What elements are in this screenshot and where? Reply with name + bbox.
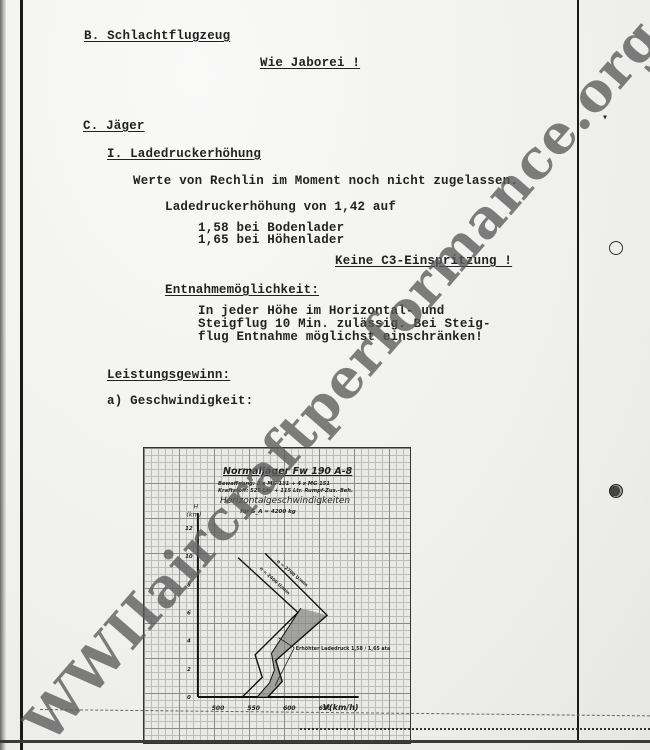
section-c-heading: C. Jäger [83, 120, 145, 133]
item-1-line-4: 1,65 bei Höhenlader [198, 234, 344, 247]
section-b-note: Wie Jaborei ! [260, 57, 360, 70]
bottom-edge-rule [0, 740, 650, 743]
punch-hole-icon [609, 484, 623, 498]
item-1-line-2: Ladedruckerhöhung von 1,42 auf [165, 201, 396, 214]
entnahme-heading: Entnahmemöglichkeit: [165, 284, 319, 297]
punch-hole-icon [609, 241, 623, 255]
scan-artifact [300, 728, 650, 730]
scan-edge [0, 0, 6, 750]
item-1-heading: I. Ladedruckerhöhung [107, 148, 261, 161]
left-margin-rule [20, 0, 23, 750]
speed-subheading: a) Geschwindigkeit: [107, 395, 253, 408]
item-1-line-1: Werte von Rechlin im Moment noch nicht z… [133, 175, 518, 188]
leistung-heading: Leistungsgewinn: [107, 369, 230, 382]
section-b-heading: B. Schlachtflugzeug [84, 30, 230, 43]
